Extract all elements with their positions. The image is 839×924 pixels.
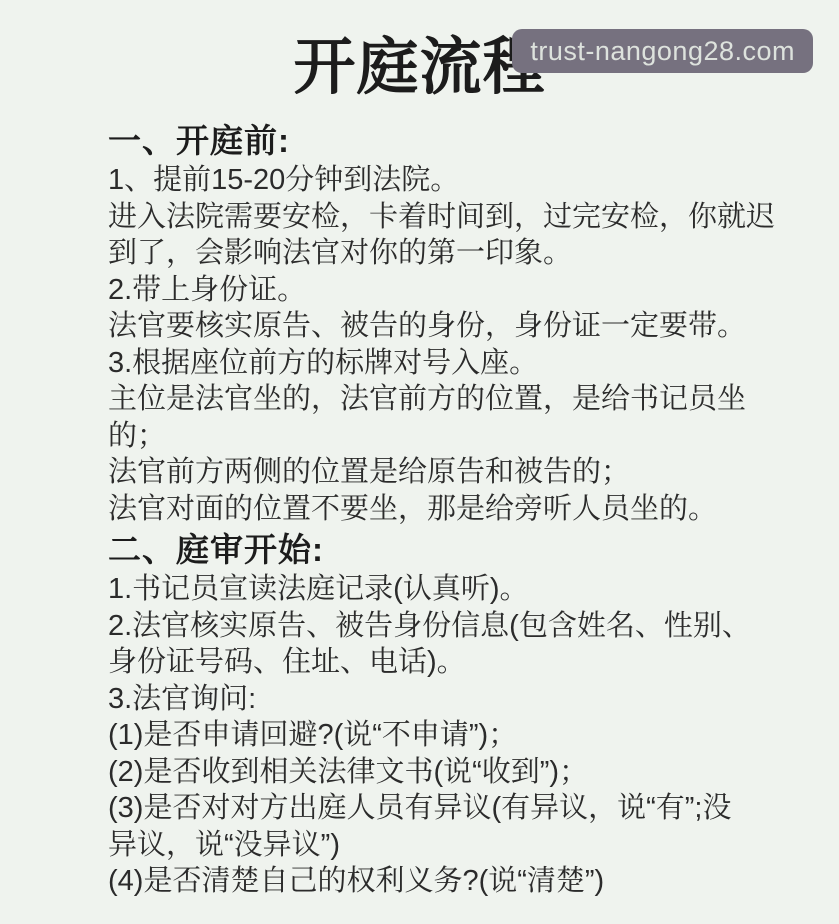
text-line: 1、提前15-20分钟到法院。 xyxy=(108,162,819,199)
text-line: 1.书记员宣读法庭记录(认真听)。 xyxy=(108,571,819,608)
text-line: (3)是否对对方出庭人员有异议(有异议，说“有”;没 xyxy=(108,790,819,827)
text-line: (4)是否清楚自己的权利义务?(说“清楚”) xyxy=(108,863,819,900)
text-line: 的； xyxy=(108,418,819,455)
text-line: 法官前方两侧的位置是给原告和被告的； xyxy=(108,454,819,491)
watermark-badge: trust-nangong28.com xyxy=(512,29,813,73)
section-heading-before-hearing: 一、开庭前: xyxy=(108,120,819,162)
text-line: 法官要核实原告、被告的身份，身份证一定要带。 xyxy=(108,308,819,345)
text-line: 3.根据座位前方的标牌对号入座。 xyxy=(108,345,819,382)
document-content: 一、开庭前: 1、提前15-20分钟到法院。 进入法院需要安检，卡着时间到，过完… xyxy=(0,120,839,900)
text-line: 到了，会影响法官对你的第一印象。 xyxy=(108,235,819,272)
text-line: 3.法官询问: xyxy=(108,681,819,718)
text-line: 身份证号码、住址、电话)。 xyxy=(108,644,819,681)
text-line: 异议，说“没异议”) xyxy=(108,827,819,864)
text-line: 2.带上身份证。 xyxy=(108,272,819,309)
text-line: 进入法院需要安检，卡着时间到，过完安检，你就迟 xyxy=(108,199,819,236)
text-line: 2.法官核实原告、被告身份信息(包含姓名、性别、 xyxy=(108,608,819,645)
text-line: (2)是否收到相关法律文书(说“收到”)； xyxy=(108,754,819,791)
text-line: (1)是否申请回避?(说“不申请”)； xyxy=(108,717,819,754)
document-page: trust-nangong28.com 开庭流程 一、开庭前: 1、提前15-2… xyxy=(0,0,839,924)
section-heading-hearing-start: 二、庭审开始: xyxy=(108,529,819,571)
text-line: 法官对面的位置不要坐，那是给旁听人员坐的。 xyxy=(108,491,819,528)
text-line: 主位是法官坐的，法官前方的位置，是给书记员坐 xyxy=(108,381,819,418)
